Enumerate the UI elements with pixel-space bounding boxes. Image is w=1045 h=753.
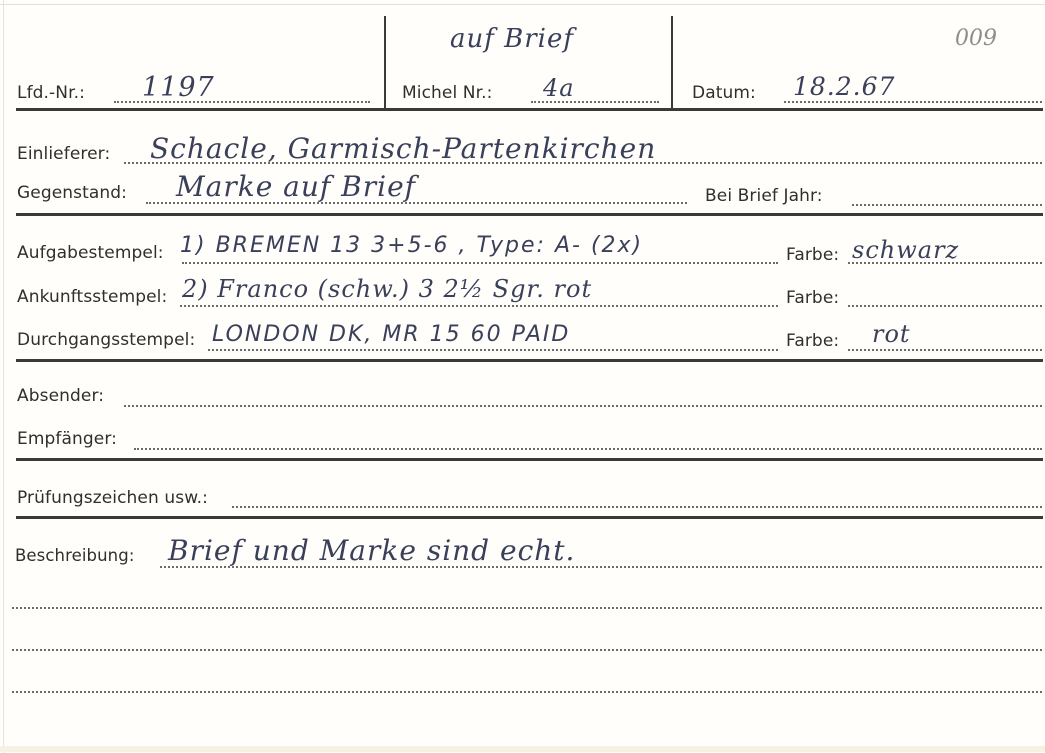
aufgabestempel-value[interactable]: 1) BREMEN 13 3+5-6 , Type: A- (2x) (180, 233, 643, 258)
michel-nr-label: Michel Nr.: (402, 83, 492, 103)
divider-einlieferer (16, 213, 1043, 216)
card-edge-top (0, 4, 1045, 5)
divider-pruefung (16, 516, 1043, 519)
gegenstand-label: Gegenstand: (17, 183, 127, 203)
note-auf-brief: auf Brief (450, 24, 574, 54)
pruefungszeichen-line (232, 506, 1042, 508)
datum-value[interactable]: 18.2.67 (793, 72, 895, 101)
ankunftsstempel-farbe-line (848, 305, 1042, 307)
beschreibung-label: Beschreibung: (15, 546, 134, 565)
ankunftsstempel-farbe-label: Farbe: (786, 288, 839, 308)
absender-line (124, 405, 1042, 407)
pruefungszeichen-label: Prüfungszeichen usw.: (17, 488, 208, 508)
divider-stempel (16, 359, 1043, 362)
ankunftsstempel-value[interactable]: 2) Franco (schw.) 3 2½ Sgr. rot (182, 275, 592, 303)
durchgangsstempel-farbe-label: Farbe: (786, 331, 839, 351)
aufgabestempel-label: Aufgabestempel: (17, 243, 164, 263)
datum-line (784, 101, 1042, 103)
divider-header (16, 108, 1043, 111)
empfaenger-line (134, 448, 1042, 450)
divider-empfaenger (16, 458, 1043, 461)
durchgangsstempel-label: Durchgangsstempel: (17, 330, 195, 350)
beschreibung-line-4 (12, 691, 1042, 693)
datum-label: Datum: (692, 83, 756, 103)
durchgangsstempel-line (208, 349, 778, 351)
ankunftsstempel-line (180, 305, 778, 307)
aufgabestempel-farbe-label: Farbe: (786, 245, 839, 265)
gegenstand-value[interactable]: Marke auf Brief (176, 170, 416, 203)
archive-number: 009 (955, 26, 997, 51)
beschreibung-value[interactable]: Brief und Marke sind echt. (168, 534, 575, 567)
lfd-nr-label: Lfd.-Nr.: (17, 83, 85, 103)
header-divider-2 (671, 16, 673, 109)
durchgangsstempel-value[interactable]: LONDON DK, MR 15 60 PAID (212, 322, 570, 347)
michel-nr-value[interactable]: 4a (543, 74, 575, 102)
durchgangsstempel-farbe-line (848, 349, 1042, 351)
lfd-nr-value[interactable]: 1197 (142, 72, 215, 103)
bei-brief-jahr-label: Bei Brief Jahr: (705, 186, 823, 206)
beschreibung-line-2 (12, 607, 1042, 609)
card-edge-bottom (0, 746, 1045, 752)
durchgangsstempel-farbe-value[interactable]: rot (872, 320, 911, 348)
aufgabestempel-farbe-value[interactable]: schwarz (852, 236, 959, 264)
einlieferer-value[interactable]: Schacle, Garmisch-Partenkirchen (150, 132, 656, 165)
header-divider-1 (384, 16, 386, 109)
bei-brief-jahr-line (852, 204, 1042, 206)
ankunftsstempel-label: Ankunftsstempel: (17, 287, 167, 307)
beschreibung-line-3 (12, 649, 1042, 651)
aufgabestempel-line (182, 262, 778, 264)
absender-label: Absender: (17, 386, 104, 406)
card-edge-left (3, 0, 4, 753)
empfaenger-label: Empfänger: (17, 429, 117, 449)
einlieferer-label: Einlieferer: (17, 144, 110, 164)
catalog-card: Lfd.-Nr.: 1197 auf Brief Michel Nr.: 4a … (0, 0, 1045, 753)
